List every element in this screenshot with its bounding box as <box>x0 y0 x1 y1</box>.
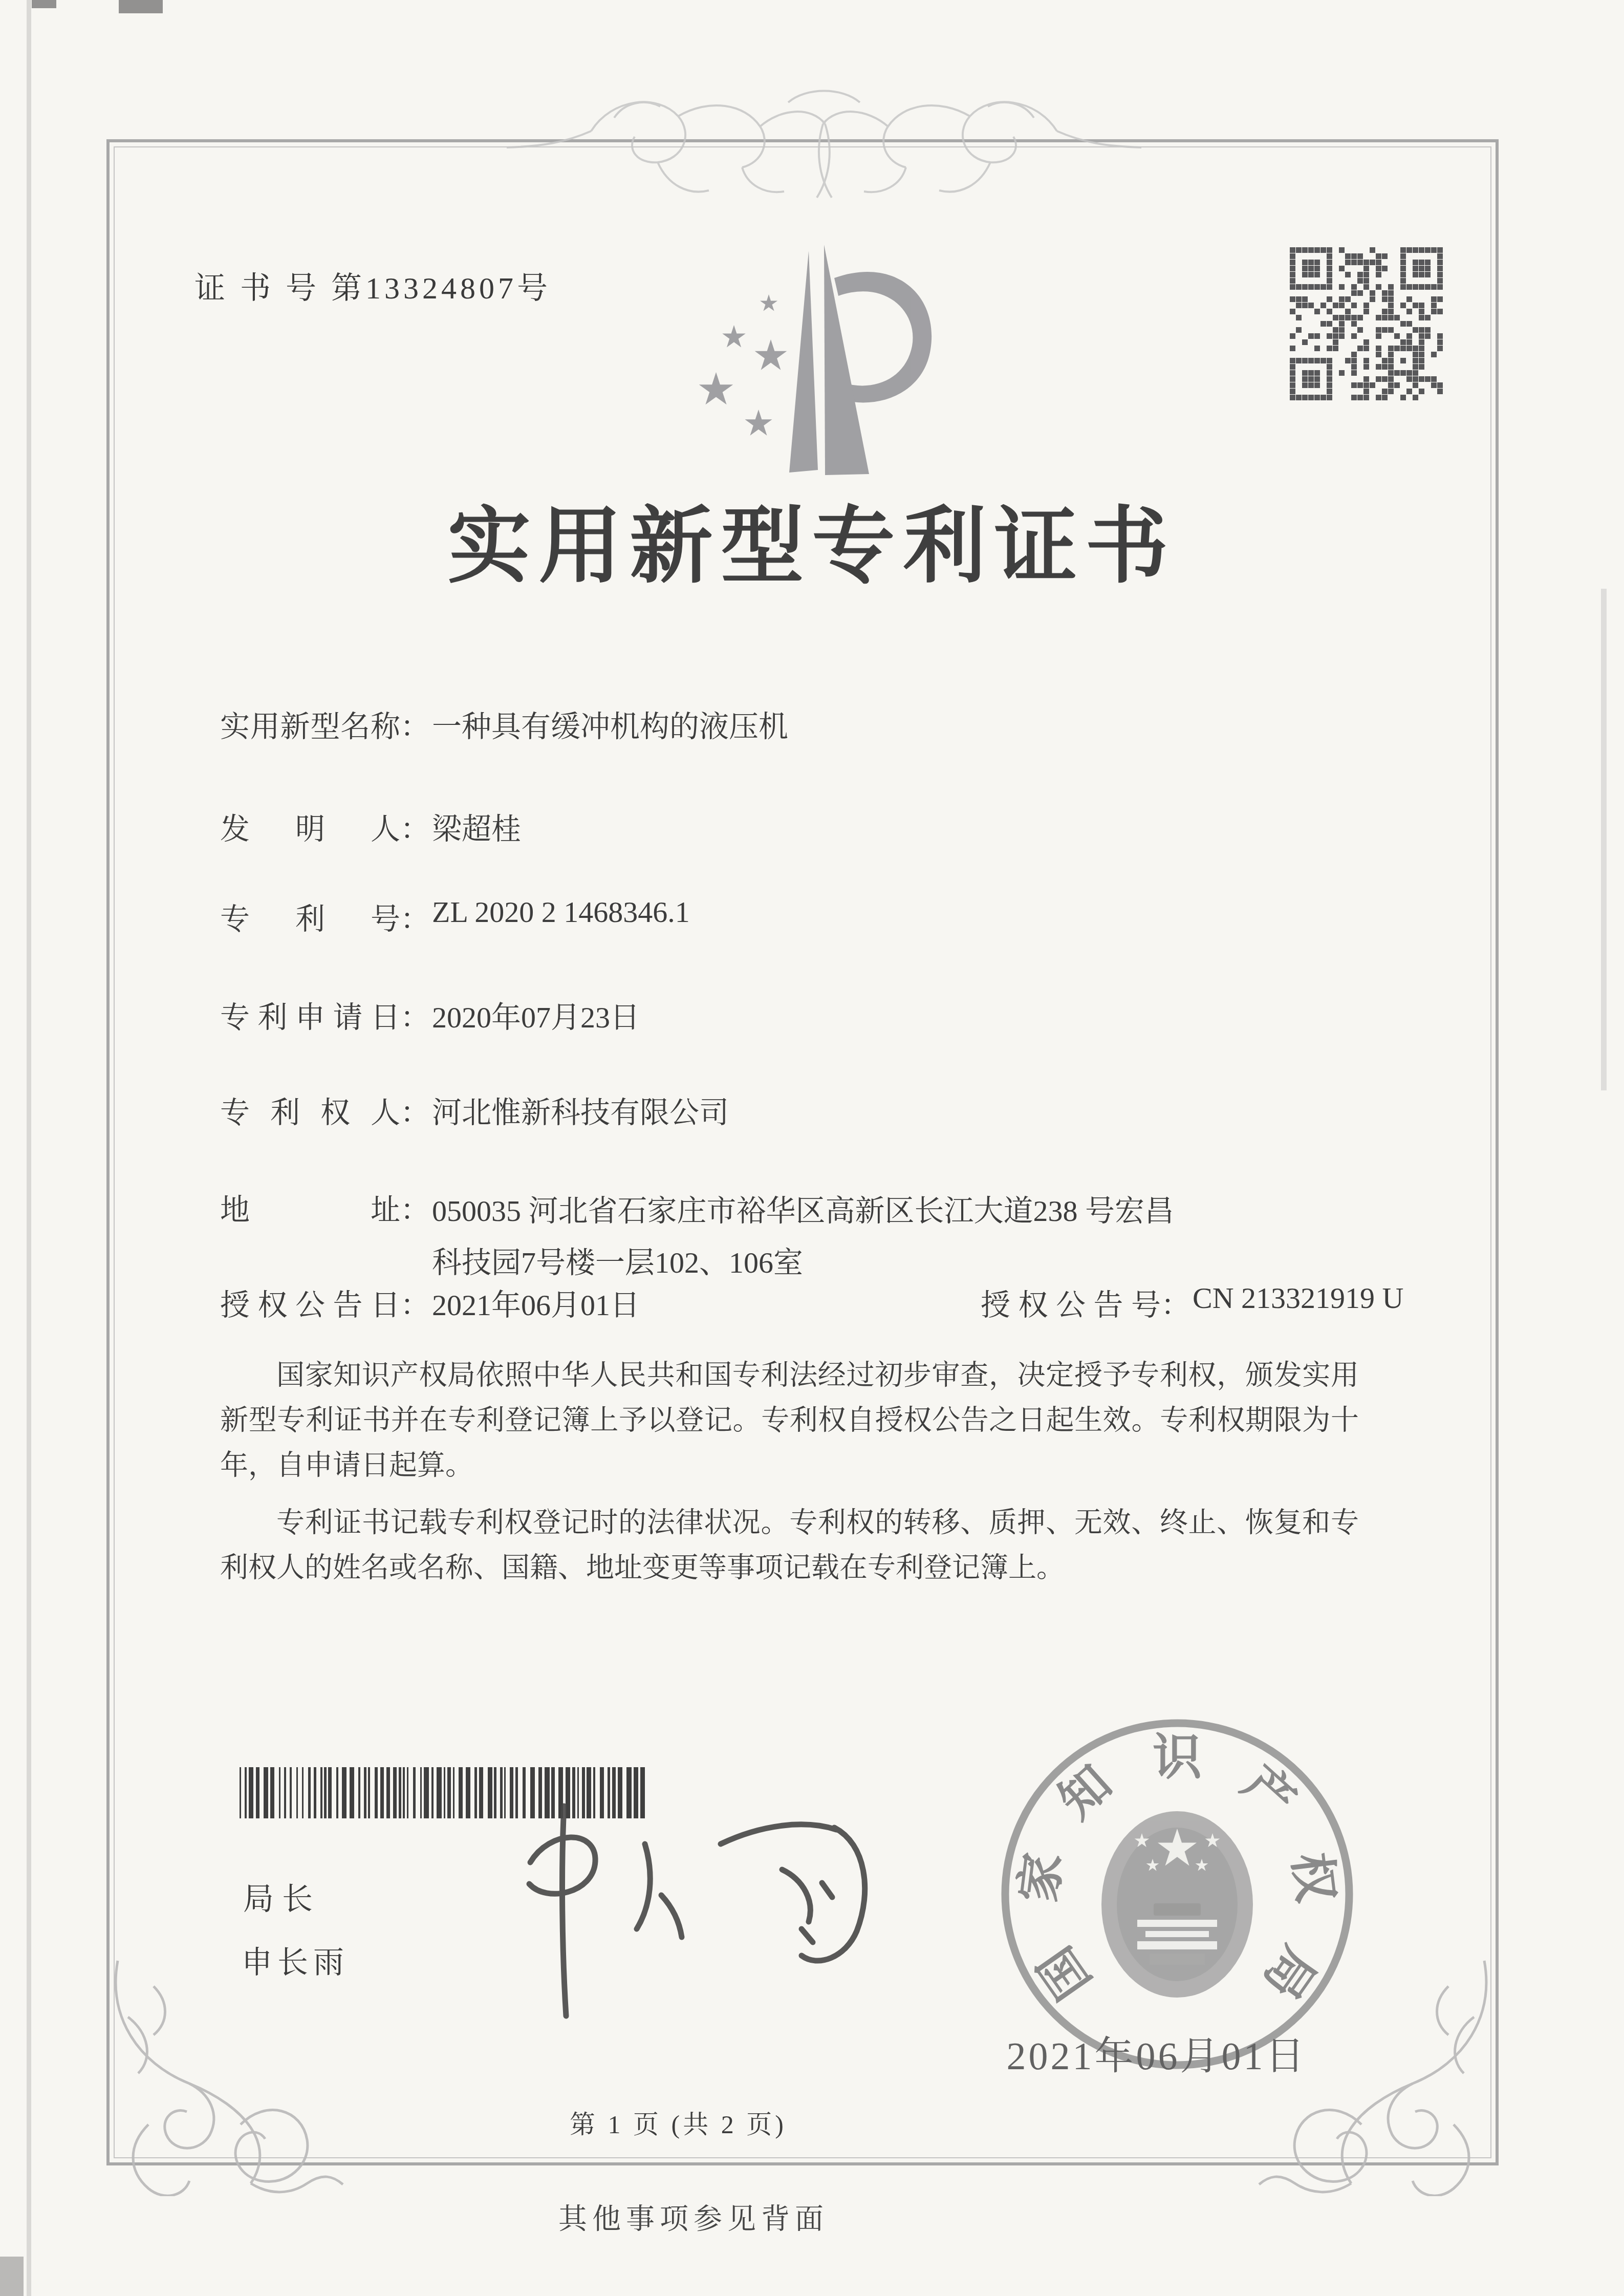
national-emblem-icon <box>1101 1811 1253 1998</box>
field-label: 专利号 <box>220 895 400 938</box>
field-row-address: 地址：050035 河北省石家庄市裕华区高新区长江大道238 号宏昌科技园7号楼… <box>220 1186 1195 1289</box>
grant-number-pair: 授权公告号：CN 213321919 U <box>981 1281 1403 1324</box>
field-label: 专利权人 <box>220 1088 400 1131</box>
field-colon: ： <box>400 895 432 938</box>
legal-paragraph: 专利证书记载专利权登记时的法律状况。专利权的转移、质押、无效、终止、恢复和专利权… <box>220 1500 1359 1590</box>
scan-corner-artifact <box>0 2257 24 2296</box>
field-value: ZL 2020 2 1468346.1 <box>432 895 690 929</box>
field-label: 发明人 <box>220 805 400 848</box>
patent-certificate-page: 证 书 号 第13324807号 实用新型专利证书 实用新型名称：一种具有缓冲机… <box>0 0 1624 2296</box>
field-colon: ： <box>400 702 432 745</box>
field-row-inventor: 发明人：梁超桂 <box>220 805 521 848</box>
certificate-number: 证 书 号 第13324807号 <box>194 264 551 308</box>
grant-date-value: 2021年06月01日 <box>432 1281 640 1324</box>
logo-star <box>745 410 772 436</box>
field-label: 授权公告日 <box>220 1281 400 1324</box>
field-label: 授权公告号 <box>981 1281 1161 1324</box>
field-value: 050035 河北省石家庄市裕华区高新区长江大道238 号宏昌科技园7号楼一层1… <box>432 1186 1195 1289</box>
field-colon: ： <box>400 993 432 1036</box>
field-colon: ： <box>400 805 432 848</box>
page-number: 第 1 页 (共 2 页) <box>473 2104 883 2141</box>
svg-text:识: 识 <box>1153 1730 1203 1785</box>
field-value: 河北惟新科技有限公司 <box>432 1088 729 1131</box>
field-colon: ： <box>1161 1281 1193 1324</box>
scan-mark <box>32 0 56 8</box>
logo-star <box>755 339 787 370</box>
field-value: 梁超桂 <box>432 805 521 848</box>
field-label: 实用新型名称 <box>220 702 400 745</box>
official-seal: 国家知识产权局 2021年06月01日 <box>972 1705 1392 2094</box>
field-row-filing-date: 专利申请日：2020年07月23日 <box>220 993 640 1036</box>
field-colon: ： <box>400 1186 432 1229</box>
signer-title: 局长 <box>243 1875 321 1919</box>
qr-code <box>1287 245 1446 406</box>
scan-streak-artifact <box>1601 589 1607 1090</box>
grant-number-value: CN 213321919 U <box>1193 1281 1403 1315</box>
field-label: 专利申请日 <box>220 993 400 1036</box>
svg-text:权: 权 <box>1283 1850 1344 1905</box>
back-note: 其他事项参见背面 <box>489 2196 898 2237</box>
logo-star <box>722 325 746 347</box>
scan-edge-artifact <box>27 0 31 2296</box>
field-row-name: 实用新型名称：一种具有缓冲机构的液压机 <box>220 702 788 745</box>
field-row-grant: 授权公告日：2021年06月01日 授权公告号：CN 213321919 U <box>220 1281 640 1324</box>
logo-spire-left <box>789 251 818 473</box>
field-colon: ： <box>400 1281 432 1324</box>
legal-paragraph: 国家知识产权局依照中华人民共和国专利法经过初步审查，决定授予专利权，颁发实用新型… <box>220 1353 1359 1488</box>
legal-text: 国家知识产权局依照中华人民共和国专利法经过初步审查，决定授予专利权，颁发实用新型… <box>220 1353 1359 1590</box>
signer-name: 申长雨 <box>242 1938 349 1982</box>
field-value: 一种具有缓冲机构的液压机 <box>432 702 788 745</box>
field-value: 2020年07月23日 <box>432 993 640 1036</box>
field-label: 地址 <box>220 1186 400 1229</box>
signature <box>476 1776 916 2037</box>
certificate-title: 实用新型专利证书 <box>0 480 1624 599</box>
field-row-patentee: 专利权人：河北惟新科技有限公司 <box>220 1088 729 1131</box>
field-colon: ： <box>400 1088 432 1131</box>
logo-star <box>760 294 777 311</box>
cnipa-logo <box>681 229 967 478</box>
field-row-patent-number: 专利号：ZL 2020 2 1468346.1 <box>220 895 690 938</box>
scan-mark <box>119 0 163 13</box>
seal-date: 2021年06月01日 <box>1007 2035 1307 2078</box>
svg-text:家: 家 <box>1011 1850 1071 1905</box>
logo-star <box>699 372 733 404</box>
